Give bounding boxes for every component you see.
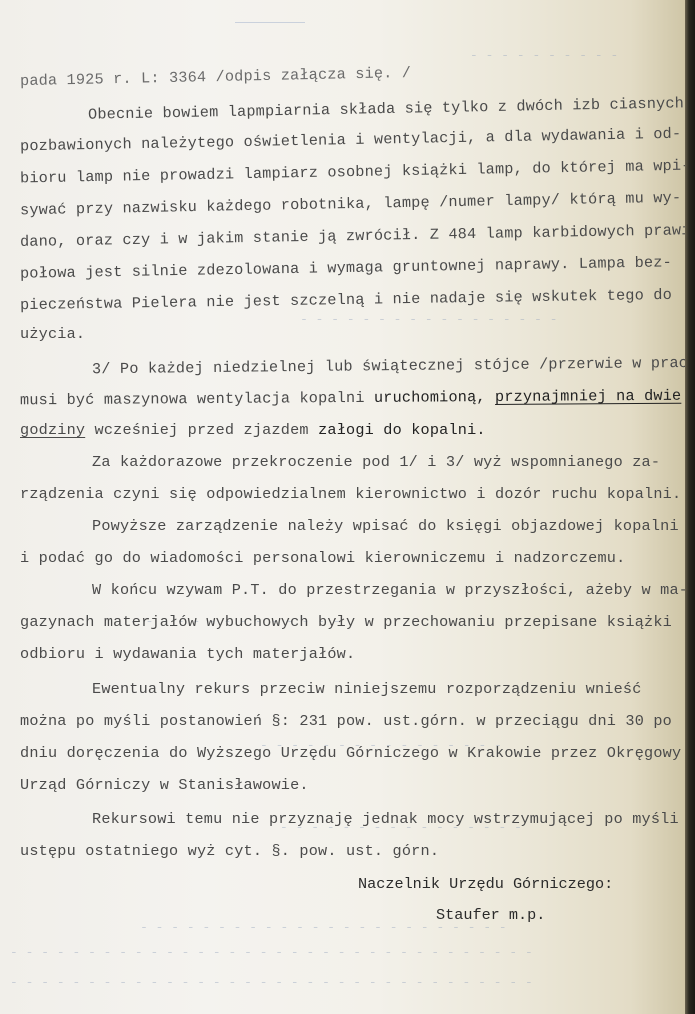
text-line: Obecnie bowiem lapmpiarnia składa się ty… [88,94,684,123]
document-edge [685,0,695,1014]
text-line: połowa jest silnie zdezolowana i wymaga … [20,253,672,282]
text-line: Powyższe zarządzenie należy wpisać do ks… [92,517,679,535]
text-line: pada 1925 r. L: 3364 /odpis załącza się.… [20,64,411,90]
text-line: dano, oraz czy i w jakim stanie ją zwróc… [20,221,685,251]
bleed-through-text: - - - - - - - - - - - - - - - - - - - - … [10,975,533,990]
text-line: odbioru i wydawania tych materjałów. [20,645,355,663]
bleed-through-text: - - - - - - - - - - - - - - - - - [300,312,557,327]
text-segment: załogi do kopalni. [318,421,486,439]
text-line: gazynach materjałów wybuchowych były w p… [20,613,672,631]
text-line: użycia. [20,325,85,343]
text-line: Ewentualny rekurs przeciw niniejszemu ro… [92,680,642,698]
underlined-text: godziny [20,421,85,439]
signature-title: Naczelnik Urzędu Górniczego: [358,875,613,893]
text-line: W końcu wzywam P.T. do przestrzegania w … [92,581,685,599]
text-line: bioru lamp nie prowadzi lampiarz osobnej… [20,157,685,188]
text-line: pozbawionych należytego oświetlenia i we… [20,125,682,156]
text-line: 3/ Po każdej niedzielnej lub świątecznej… [92,354,685,378]
text-segment: uruchomioną, [374,388,495,407]
text-line: Za każdorazowe przekroczenie pod 1/ i 3/… [92,453,660,471]
underlined-text: przynajmniej na dwie [495,387,681,406]
bleed-through-text: - - - - - - - - - - - - - - - - - - - - … [10,945,533,960]
signature-name: Staufer m.p. [436,906,545,924]
text-line: Rekursowi temu nie przyznaję jednak mocy… [92,810,679,828]
bleed-through-header [235,0,305,23]
text-line: pieczeństwa Pielera nie jest szczelną i … [20,286,672,314]
text-line: dniu doręczenia do Wyższego Urzędu Górni… [20,744,681,762]
text-line: godziny wcześniej przed zjazdem załogi d… [20,421,486,439]
text-line: musi być maszynowa wentylacja kopalni ur… [20,387,681,410]
text-line: można po myśli postanowień §: 231 pow. u… [20,712,672,730]
document-page: - - - - - - - - - - - - - - - - - - - - … [0,0,685,1014]
text-segment: wcześniej przed zjazdem [85,421,318,439]
bleed-through-text: - - - - - - - - - - [470,48,618,63]
text-line: i podać go do wiadomości personalowi kie… [20,549,625,567]
text-line: Urząd Górniczy w Stanisławowie. [20,776,309,794]
text-segment: musi być maszynowa wentylacja kopalni [20,389,374,409]
text-line: ustępu ostatniego wyż cyt. §. pow. ust. … [20,842,439,860]
text-line: rządzenia czyni się odpowiedzialnem kier… [20,485,681,503]
text-line: sywać przy nazwisku każdego robotnika, l… [20,189,682,220]
